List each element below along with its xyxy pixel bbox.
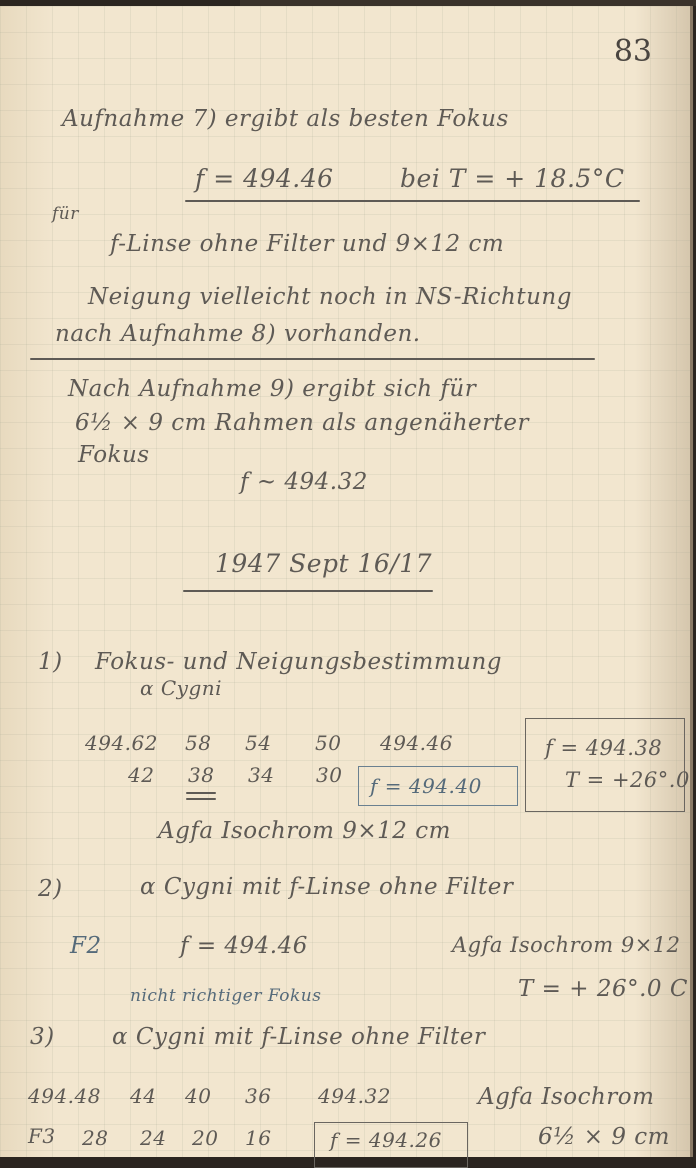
date-heading: 1947 Sept 16/17 — [215, 549, 432, 578]
entry-3-title: α Cygni mit f-Linse ohne Filter — [112, 1024, 485, 1050]
entry-3-plate-line1: Agfa Isochrom — [478, 1084, 654, 1110]
entry-1-row2-c0: 42 — [128, 763, 154, 787]
entry-3-label: F3 — [28, 1124, 56, 1148]
section-a-result: f = 494.46 — [195, 164, 334, 193]
section-a-line5: nach Aufnahme 8) vorhanden. — [55, 321, 421, 347]
section-a-line1: Aufnahme 7) ergibt als besten Fokus — [62, 106, 509, 132]
entry-1-number: 1) — [38, 649, 63, 675]
notebook-page: 83 Aufnahme 7) ergibt als besten Fokus f… — [0, 6, 693, 1157]
entry-1-row2-c3: 30 — [316, 763, 342, 787]
entry-1-side-box — [525, 718, 685, 812]
entry-2-title: α Cygni mit f-Linse ohne Filter — [140, 874, 513, 900]
entry-1-row1-c2: 54 — [245, 731, 271, 755]
entry-1-row1-c0: 494.62 — [85, 731, 158, 755]
entry-3-row1-c3: 36 — [245, 1084, 271, 1108]
underline-38-a — [186, 792, 216, 794]
entry-3-number: 3) — [30, 1024, 55, 1050]
entry-1-side-f: f = 494.38 — [545, 736, 662, 760]
entry-3-row1-c0: 494.48 — [28, 1084, 101, 1108]
section-a-line3: f-Linse ohne Filter und 9×12 cm — [110, 231, 504, 257]
section-a-temp: bei T = + 18.5°C — [400, 164, 624, 193]
entry-1-boxed-result: f = 494.40 — [370, 774, 482, 798]
entry-2-plate: Agfa Isochrom 9×12 — [452, 933, 681, 957]
section-a-line4: Neigung vielleicht noch in NS-Richtung — [88, 284, 572, 310]
entry-1-row1-c1: 58 — [185, 731, 211, 755]
entry-1-row1-c4: 494.46 — [380, 731, 453, 755]
page-number: 83 — [614, 34, 652, 69]
section-b-line3: Fokus — [78, 442, 150, 468]
entry-3-row1-c2: 40 — [185, 1084, 211, 1108]
entry-2-label: F2 — [70, 933, 102, 959]
entry-2-number: 2) — [38, 876, 63, 902]
entry-1-row2-c1: 38 — [188, 763, 214, 787]
result-underline — [185, 200, 640, 202]
section-b-line2: 6½ × 9 cm Rahmen als angenäherter — [75, 410, 529, 436]
entry-2-note: nicht richtiger Fokus — [130, 986, 321, 1006]
entry-1-plate: Agfa Isochrom 9×12 cm — [158, 818, 451, 844]
section-b-result: f ~ 494.32 — [240, 469, 368, 495]
entry-3-row1-c1: 44 — [130, 1084, 156, 1108]
entry-3-row2-c2: 20 — [192, 1126, 218, 1150]
entry-1-row2-c2: 34 — [248, 763, 274, 787]
entry-3-plate-line2: 6½ × 9 cm — [538, 1124, 670, 1150]
date-underline — [183, 590, 433, 592]
underline-38-b — [186, 798, 216, 800]
entry-1-target: α Cygni — [140, 676, 222, 700]
entry-1-side-t: T = +26°.0 — [565, 768, 690, 792]
entry-3-row2-c1: 24 — [140, 1126, 166, 1150]
entry-3-boxed-result: f = 494.26 — [330, 1128, 442, 1152]
entry-3-row2-c0: 28 — [82, 1126, 108, 1150]
section-b-line1: Nach Aufnahme 9) ergibt sich für — [68, 376, 476, 402]
entry-3-row1-c4: 494.32 — [318, 1084, 391, 1108]
entry-1-row1-c3: 50 — [315, 731, 341, 755]
entry-2-temp: T = + 26°.0 C — [518, 976, 688, 1002]
entry-2-result: f = 494.46 — [180, 933, 308, 959]
section-divider — [30, 358, 595, 360]
entry-1-title: Fokus- und Neigungsbestimmung — [95, 649, 502, 675]
section-a-fuer: für — [52, 204, 79, 224]
entry-3-row2-c3: 16 — [245, 1126, 271, 1150]
